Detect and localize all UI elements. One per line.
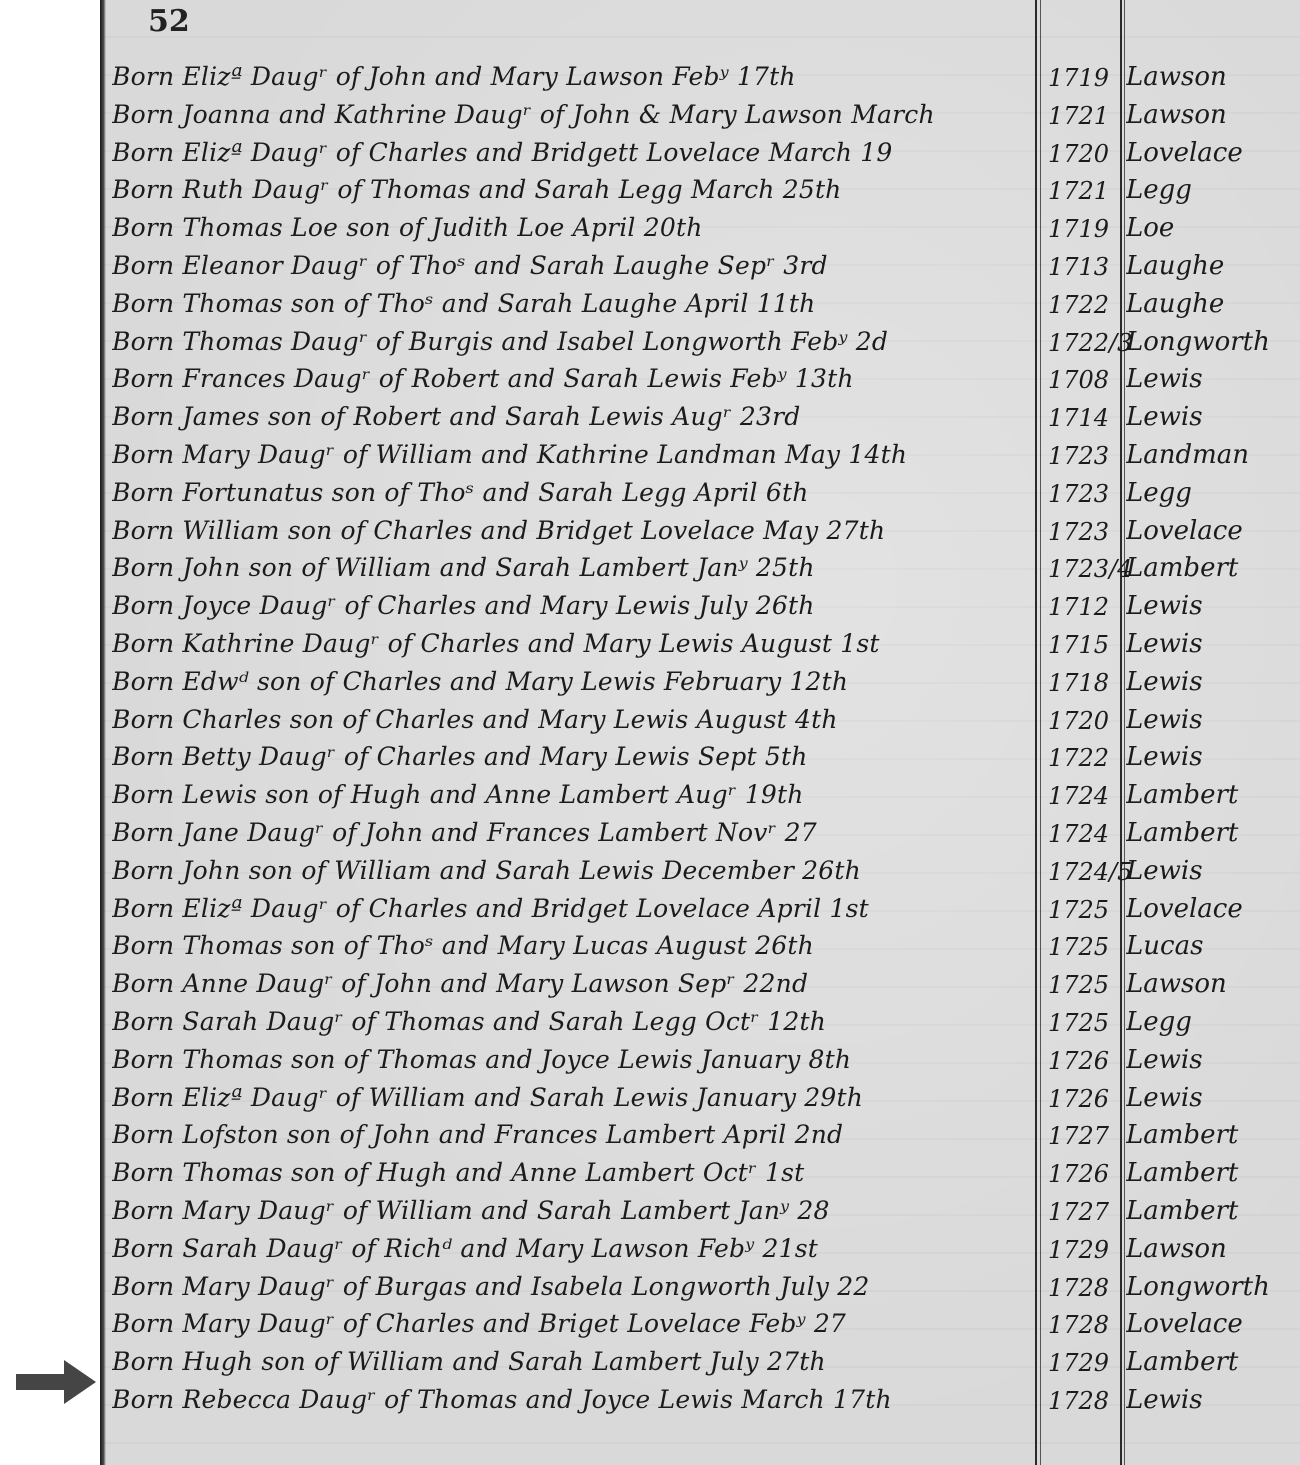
entry-surname: Lambert (1126, 780, 1296, 810)
entry-year: 1722/3 (1048, 329, 1128, 357)
entry-surname: Lewis (1126, 705, 1296, 735)
entry-text: Born Elizª Daugʳ of Charles and Bridget … (112, 894, 1037, 923)
entry-surname: Lawson (1126, 1234, 1296, 1264)
entry-text: Born Elizª Daugʳ of John and Mary Lawson… (112, 62, 1037, 91)
birth-entry-row: Born Joanna and Kathrine Daugʳ of John &… (100, 96, 1300, 134)
entry-text: Born Mary Daugʳ of Charles and Briget Lo… (112, 1309, 1037, 1338)
entry-text: Born John son of William and Sarah Lewis… (112, 856, 1037, 885)
birth-entry-row: Born Anne Daugʳ of John and Mary Lawson … (100, 965, 1300, 1003)
entry-surname: Lewis (1126, 1385, 1296, 1415)
birth-entry-row: Born Edwᵈ son of Charles and Mary Lewis … (100, 663, 1300, 701)
entry-year: 1720 (1048, 140, 1128, 168)
entry-surname: Lewis (1126, 1083, 1296, 1113)
entry-surname: Lewis (1126, 856, 1296, 886)
entry-year: 1720 (1048, 707, 1128, 735)
entry-text: Born Elizª Daugʳ of William and Sarah Le… (112, 1083, 1037, 1112)
entry-year: 1712 (1048, 593, 1128, 621)
entry-text: Born Thomas Daugʳ of Burgis and Isabel L… (112, 327, 1037, 356)
entry-year: 1719 (1048, 215, 1128, 243)
birth-entry-row: Born Elizª Daugʳ of William and Sarah Le… (100, 1079, 1300, 1117)
entry-text: Born Charles son of Charles and Mary Lew… (112, 705, 1037, 734)
entry-text: Born Fortunatus son of Thoˢ and Sarah Le… (112, 478, 1037, 507)
birth-entry-row: Born Sarah Daugʳ of Thomas and Sarah Leg… (100, 1003, 1300, 1041)
birth-entry-row: Born Charles son of Charles and Mary Lew… (100, 701, 1300, 739)
entry-text: Born Mary Daugʳ of Burgas and Isabela Lo… (112, 1272, 1037, 1301)
entry-year: 1725 (1048, 896, 1128, 924)
birth-entry-row: Born Ruth Daugʳ of Thomas and Sarah Legg… (100, 171, 1300, 209)
birth-entry-row: Born Mary Daugʳ of Burgas and Isabela Lo… (100, 1268, 1300, 1306)
entry-text: Born William son of Charles and Bridget … (112, 516, 1037, 545)
entry-surname: Lawson (1126, 100, 1296, 130)
entry-year: 1728 (1048, 1387, 1128, 1415)
entry-year: 1723 (1048, 518, 1128, 546)
birth-entry-row: Born Elizª Daugʳ of John and Mary Lawson… (100, 58, 1300, 96)
birth-entry-row: Born Thomas son of Thoˢ and Mary Lucas A… (100, 927, 1300, 965)
entry-surname: Laughe (1126, 251, 1296, 281)
entry-year: 1713 (1048, 253, 1128, 281)
birth-entry-row: Born Thomas Loe son of Judith Loe April … (100, 209, 1300, 247)
entry-surname: Lambert (1126, 1120, 1296, 1150)
entry-surname: Lambert (1126, 1347, 1296, 1377)
entry-year: 1715 (1048, 631, 1128, 659)
entry-year: 1721 (1048, 102, 1128, 130)
entry-text: Born Kathrine Daugʳ of Charles and Mary … (112, 629, 1037, 658)
entry-year: 1726 (1048, 1085, 1128, 1113)
birth-entry-row: Born William son of Charles and Bridget … (100, 512, 1300, 550)
entry-text: Born Thomas son of Thoˢ and Sarah Laughe… (112, 289, 1037, 318)
entry-year: 1729 (1048, 1236, 1128, 1264)
birth-entry-row: Born John son of William and Sarah Lewis… (100, 852, 1300, 890)
entry-year: 1719 (1048, 64, 1128, 92)
entry-text: Born Edwᵈ son of Charles and Mary Lewis … (112, 667, 1037, 696)
entry-text: Born Thomas son of Thomas and Joyce Lewi… (112, 1045, 1037, 1074)
entry-surname: Lovelace (1126, 138, 1296, 168)
entry-year: 1723/4 (1048, 555, 1128, 583)
entry-text: Born Thomas son of Thoˢ and Mary Lucas A… (112, 931, 1037, 960)
entry-year: 1723 (1048, 480, 1128, 508)
entry-surname: Laughe (1126, 289, 1296, 319)
entry-year: 1724 (1048, 820, 1128, 848)
entry-text: Born Hugh son of William and Sarah Lambe… (112, 1347, 1037, 1376)
entry-text: Born Frances Daugʳ of Robert and Sarah L… (112, 364, 1037, 393)
entry-surname: Lambert (1126, 1158, 1296, 1188)
birth-entry-row: Born Thomas son of Thoˢ and Sarah Laughe… (100, 285, 1300, 323)
birth-entry-row: Born Sarah Daugʳ of Richᵈ and Mary Lawso… (100, 1230, 1300, 1268)
entry-text: Born Joanna and Kathrine Daugʳ of John &… (112, 100, 1037, 129)
entry-surname: Lambert (1126, 818, 1296, 848)
entry-text: Born Thomas son of Hugh and Anne Lambert… (112, 1158, 1037, 1187)
entry-surname: Longworth (1126, 327, 1296, 357)
entry-text: Born Sarah Daugʳ of Richᵈ and Mary Lawso… (112, 1234, 1037, 1263)
entry-year: 1726 (1048, 1047, 1128, 1075)
birth-entry-row: Born Hugh son of William and Sarah Lambe… (100, 1343, 1300, 1381)
birth-entry-row: Born Lofston son of John and Frances Lam… (100, 1116, 1300, 1154)
birth-entry-row: Born Kathrine Daugʳ of Charles and Mary … (100, 625, 1300, 663)
entry-year: 1725 (1048, 933, 1128, 961)
entry-year: 1728 (1048, 1274, 1128, 1302)
entry-text: Born Joyce Daugʳ of Charles and Mary Lew… (112, 591, 1037, 620)
entry-year: 1729 (1048, 1349, 1128, 1377)
entry-surname: Lewis (1126, 364, 1296, 394)
entry-surname: Legg (1126, 478, 1296, 508)
entry-text: Born Mary Daugʳ of William and Sarah Lam… (112, 1196, 1037, 1225)
birth-entry-row: Born Thomas Daugʳ of Burgis and Isabel L… (100, 323, 1300, 361)
entry-text: Born Mary Daugʳ of William and Kathrine … (112, 440, 1037, 469)
entry-surname: Lovelace (1126, 516, 1296, 546)
birth-entry-row: Born Thomas son of Thomas and Joyce Lewi… (100, 1041, 1300, 1079)
entry-surname: Lambert (1126, 553, 1296, 583)
entry-surname: Legg (1126, 1007, 1296, 1037)
birth-entry-row: Born Elizª Daugʳ of Charles and Bridgett… (100, 134, 1300, 172)
entry-year: 1722 (1048, 744, 1128, 772)
entry-text: Born John son of William and Sarah Lambe… (112, 553, 1037, 582)
entry-surname: Lewis (1126, 1045, 1296, 1075)
entry-text: Born Anne Daugʳ of John and Mary Lawson … (112, 969, 1037, 998)
entry-text: Born Ruth Daugʳ of Thomas and Sarah Legg… (112, 175, 1037, 204)
entry-text: Born Elizª Daugʳ of Charles and Bridgett… (112, 138, 1037, 167)
entry-year: 1727 (1048, 1198, 1128, 1226)
entry-year: 1727 (1048, 1122, 1128, 1150)
entry-surname: Lewis (1126, 402, 1296, 432)
entry-year: 1721 (1048, 177, 1128, 205)
entry-surname: Lawson (1126, 969, 1296, 999)
entry-year: 1725 (1048, 971, 1128, 999)
entry-surname: Lucas (1126, 931, 1296, 961)
entry-text: Born Thomas Loe son of Judith Loe April … (112, 213, 1037, 242)
entry-year: 1724/5 (1048, 858, 1128, 886)
page-number: 52 (148, 4, 190, 39)
entry-surname: Legg (1126, 175, 1296, 205)
entry-year: 1708 (1048, 366, 1128, 394)
birth-entry-row: Born Eleanor Daugʳ of Thoˢ and Sarah Lau… (100, 247, 1300, 285)
entry-surname: Loe (1126, 213, 1296, 243)
birth-entry-row: Born Jane Daugʳ of John and Frances Lamb… (100, 814, 1300, 852)
birth-entry-row: Born John son of William and Sarah Lambe… (100, 549, 1300, 587)
entry-year: 1718 (1048, 669, 1128, 697)
entry-text: Born Lofston son of John and Frances Lam… (112, 1120, 1037, 1149)
entry-surname: Lewis (1126, 667, 1296, 697)
birth-entry-row: Born Frances Daugʳ of Robert and Sarah L… (100, 360, 1300, 398)
birth-entry-row: Born Mary Daugʳ of Charles and Briget Lo… (100, 1305, 1300, 1343)
entry-surname: Landman (1126, 440, 1296, 470)
entry-surname: Longworth (1126, 1272, 1296, 1302)
entry-surname: Lewis (1126, 742, 1296, 772)
entry-surname: Lawson (1126, 62, 1296, 92)
entry-surname: Lovelace (1126, 894, 1296, 924)
birth-entry-row: Born Mary Daugʳ of William and Kathrine … (100, 436, 1300, 474)
birth-entries-list: Born Elizª Daugʳ of John and Mary Lawson… (100, 58, 1300, 1419)
birth-entry-row: Born Thomas son of Hugh and Anne Lambert… (100, 1154, 1300, 1192)
entry-text: Born Jane Daugʳ of John and Frances Lamb… (112, 818, 1037, 847)
entry-surname: Lambert (1126, 1196, 1296, 1226)
entry-year: 1722 (1048, 291, 1128, 319)
entry-year: 1728 (1048, 1311, 1128, 1339)
birth-entry-row: Born James son of Robert and Sarah Lewis… (100, 398, 1300, 436)
entry-year: 1726 (1048, 1160, 1128, 1188)
entry-year: 1714 (1048, 404, 1128, 432)
birth-entry-row: Born Rebecca Daugʳ of Thomas and Joyce L… (100, 1381, 1300, 1419)
entry-surname: Lewis (1126, 629, 1296, 659)
register-page: 52 Born Elizª Daugʳ of John and Mary Law… (100, 0, 1300, 1465)
entry-text: Born Rebecca Daugʳ of Thomas and Joyce L… (112, 1385, 1037, 1414)
birth-entry-row: Born Fortunatus son of Thoˢ and Sarah Le… (100, 474, 1300, 512)
entry-text: Born Lewis son of Hugh and Anne Lambert … (112, 780, 1037, 809)
birth-entry-row: Born Betty Daugʳ of Charles and Mary Lew… (100, 738, 1300, 776)
entry-text: Born Betty Daugʳ of Charles and Mary Lew… (112, 742, 1037, 771)
left-margin (0, 0, 100, 1465)
entry-surname: Lewis (1126, 591, 1296, 621)
birth-entry-row: Born Joyce Daugʳ of Charles and Mary Lew… (100, 587, 1300, 625)
entry-year: 1723 (1048, 442, 1128, 470)
right-arrow-icon (16, 1360, 96, 1404)
entry-text: Born Eleanor Daugʳ of Thoˢ and Sarah Lau… (112, 251, 1037, 280)
entry-text: Born James son of Robert and Sarah Lewis… (112, 402, 1037, 431)
birth-entry-row: Born Elizª Daugʳ of Charles and Bridget … (100, 890, 1300, 928)
entry-text: Born Sarah Daugʳ of Thomas and Sarah Leg… (112, 1007, 1037, 1036)
entry-year: 1724 (1048, 782, 1128, 810)
entry-surname: Lovelace (1126, 1309, 1296, 1339)
birth-entry-row: Born Lewis son of Hugh and Anne Lambert … (100, 776, 1300, 814)
entry-year: 1725 (1048, 1009, 1128, 1037)
birth-entry-row: Born Mary Daugʳ of William and Sarah Lam… (100, 1192, 1300, 1230)
